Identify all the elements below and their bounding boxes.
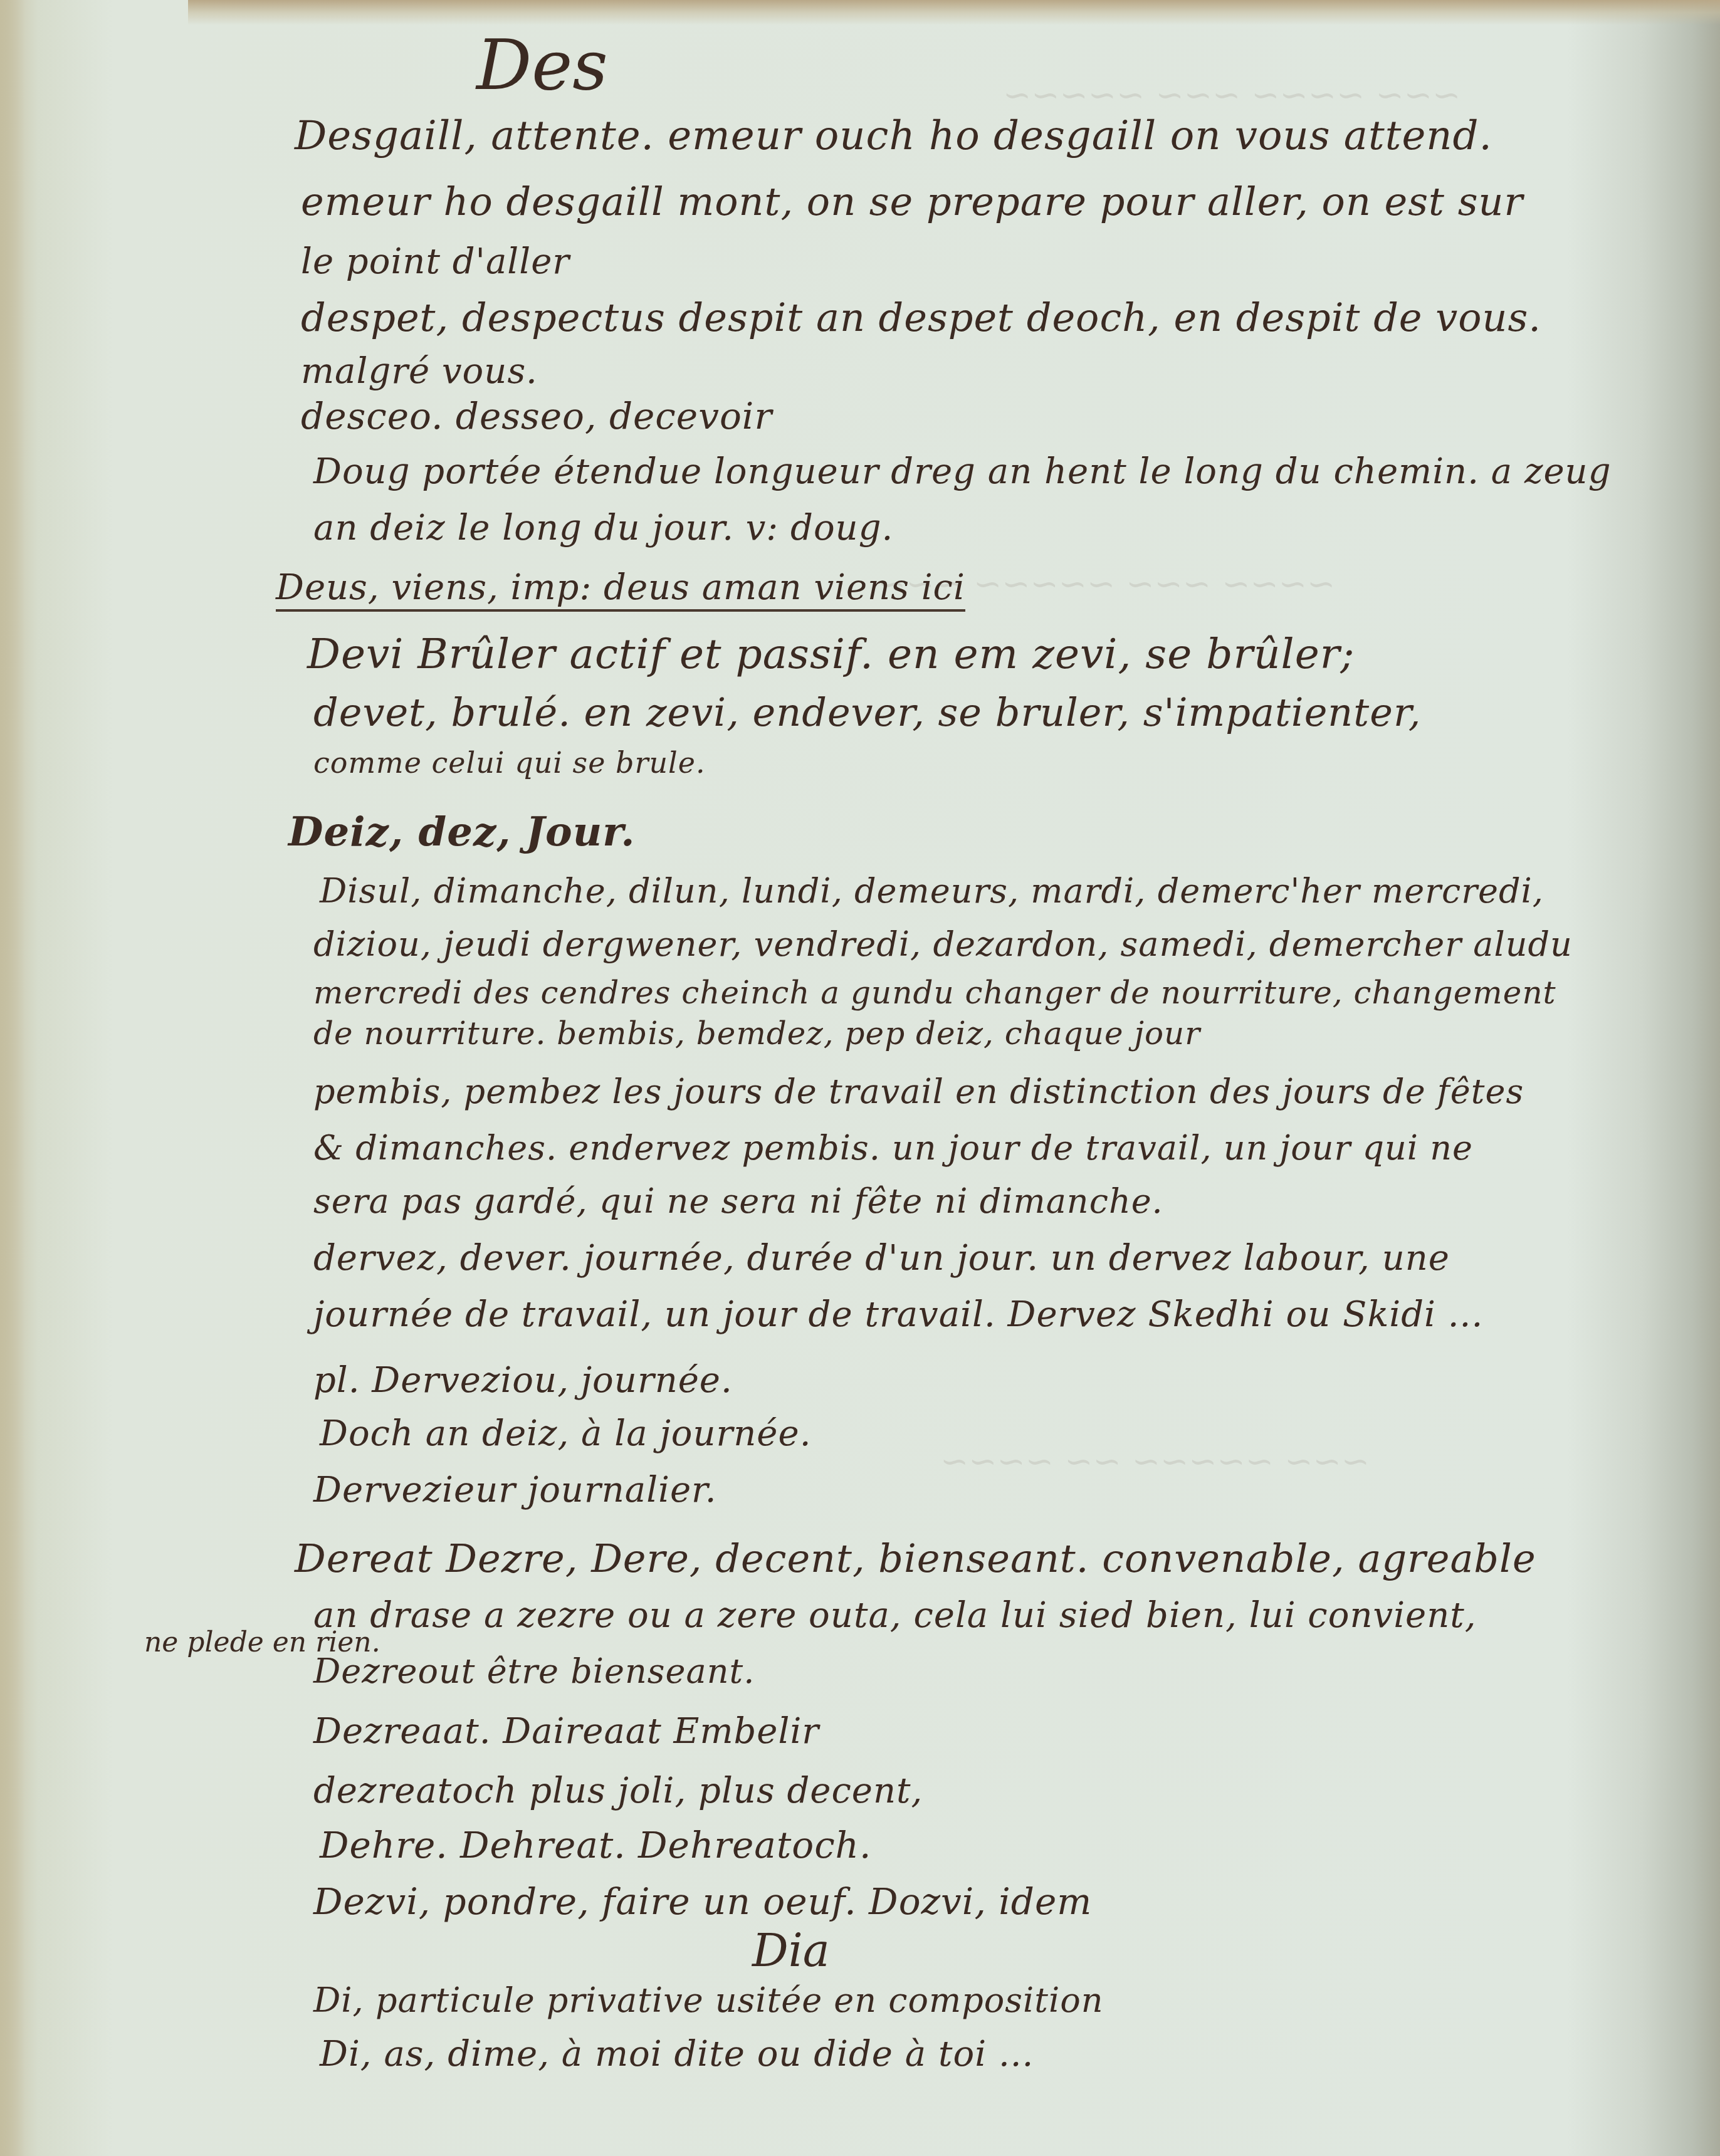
entry-line: Dereat Dezre, Dere, decent, bienseant. c… [295, 1536, 1536, 1581]
entry-headword-underlined: Deus, viens, imp: deus aman viens ici [276, 567, 965, 612]
entry-line: Dezreout être bienseant. [313, 1651, 755, 1691]
entry-line: emeur ho desgaill mont, on se prepare po… [301, 179, 1523, 224]
section-header: Des [476, 25, 608, 105]
entry-line: comme celui qui se brule. [313, 746, 706, 780]
entry-line: Deus, viens, imp: deus aman viens ici [276, 567, 965, 608]
entry-line: diziou, jeudi dergwener, vendredi, dezar… [313, 924, 1573, 964]
entry-line: Devi Brûler actif et passif. en em zevi,… [307, 630, 1355, 678]
entry-line: dervez, dever. journée, durée d'un jour.… [313, 1238, 1450, 1279]
entry-line: Di, as, dime, à moi dite ou dide à toi .… [320, 2034, 1034, 2075]
water-stain [188, 0, 1720, 25]
entry-line: sera pas gardé, qui ne sera ni fête ni d… [313, 1181, 1163, 1221]
entry-line: mercredi des cendres cheinch a gundu cha… [313, 975, 1556, 1011]
section-header: Dia [752, 1924, 830, 1977]
entry-line: le point d'aller [301, 241, 570, 282]
entry-line: Doch an deiz, à la journée. [320, 1413, 811, 1454]
entry-line: Dezvi, pondre, faire un oeuf. Dozvi, ide… [313, 1880, 1092, 1923]
entry-line: devet, brulé. en zevi, endever, se brule… [313, 689, 1421, 735]
bleed-through-text: ~~~ ~~~~ ~~~ ~~~~~ [1003, 75, 1460, 115]
entry-line: Dervezieur journalier. [313, 1470, 717, 1510]
entry-line: & dimanches. endervez pembis. un jour de… [313, 1128, 1473, 1168]
entry-line: an deiz le long du jour. v: doug. [313, 508, 893, 548]
entry-line: dezreatoch plus joli, plus decent, [313, 1771, 923, 1811]
bleed-through-text: ~~~ ~~~~~ ~~ ~~~~ [940, 1442, 1370, 1481]
entry-line: desceo. desseo, decevoir [301, 395, 772, 437]
entry-line: journée de travail, un jour de travail. … [313, 1294, 1483, 1335]
entry-headword: Deiz, dez, Jour. [288, 808, 635, 856]
entry-line: an drase a zezre ou a zere outa, cela lu… [313, 1595, 1477, 1636]
entry-line: Di, particule privative usitée en compos… [313, 1981, 1104, 2020]
entry-line: despet, despectus despit an despet deoch… [301, 295, 1541, 340]
entry-line: Dehre. Dehreat. Dehreatoch. [320, 1824, 871, 1866]
entry-line: Doug portée étendue longueur dreg an hen… [313, 451, 1611, 492]
entry-line: Desgaill, attente. emeur ouch ho desgail… [295, 113, 1492, 159]
entry-line: Dezreaat. Daireaat Embelir [313, 1711, 819, 1752]
entry-line: Disul, dimanche, dilun, lundi, demeurs, … [320, 871, 1544, 911]
entry-line: pembis, pembez les jours de travail en d… [313, 1072, 1524, 1111]
entry-line: de nourriture. bembis, bemdez, pep deiz,… [313, 1015, 1200, 1052]
manuscript-page: ~~~ ~~~~ ~~~ ~~~~~ ~~~~ ~~~ ~~~~~ ~~~ ~~… [0, 0, 1720, 2156]
page-edge [0, 0, 25, 2156]
entry-line: malgré vous. [301, 351, 538, 392]
entry-line: pl. Derveziou, journée. [313, 1360, 733, 1401]
